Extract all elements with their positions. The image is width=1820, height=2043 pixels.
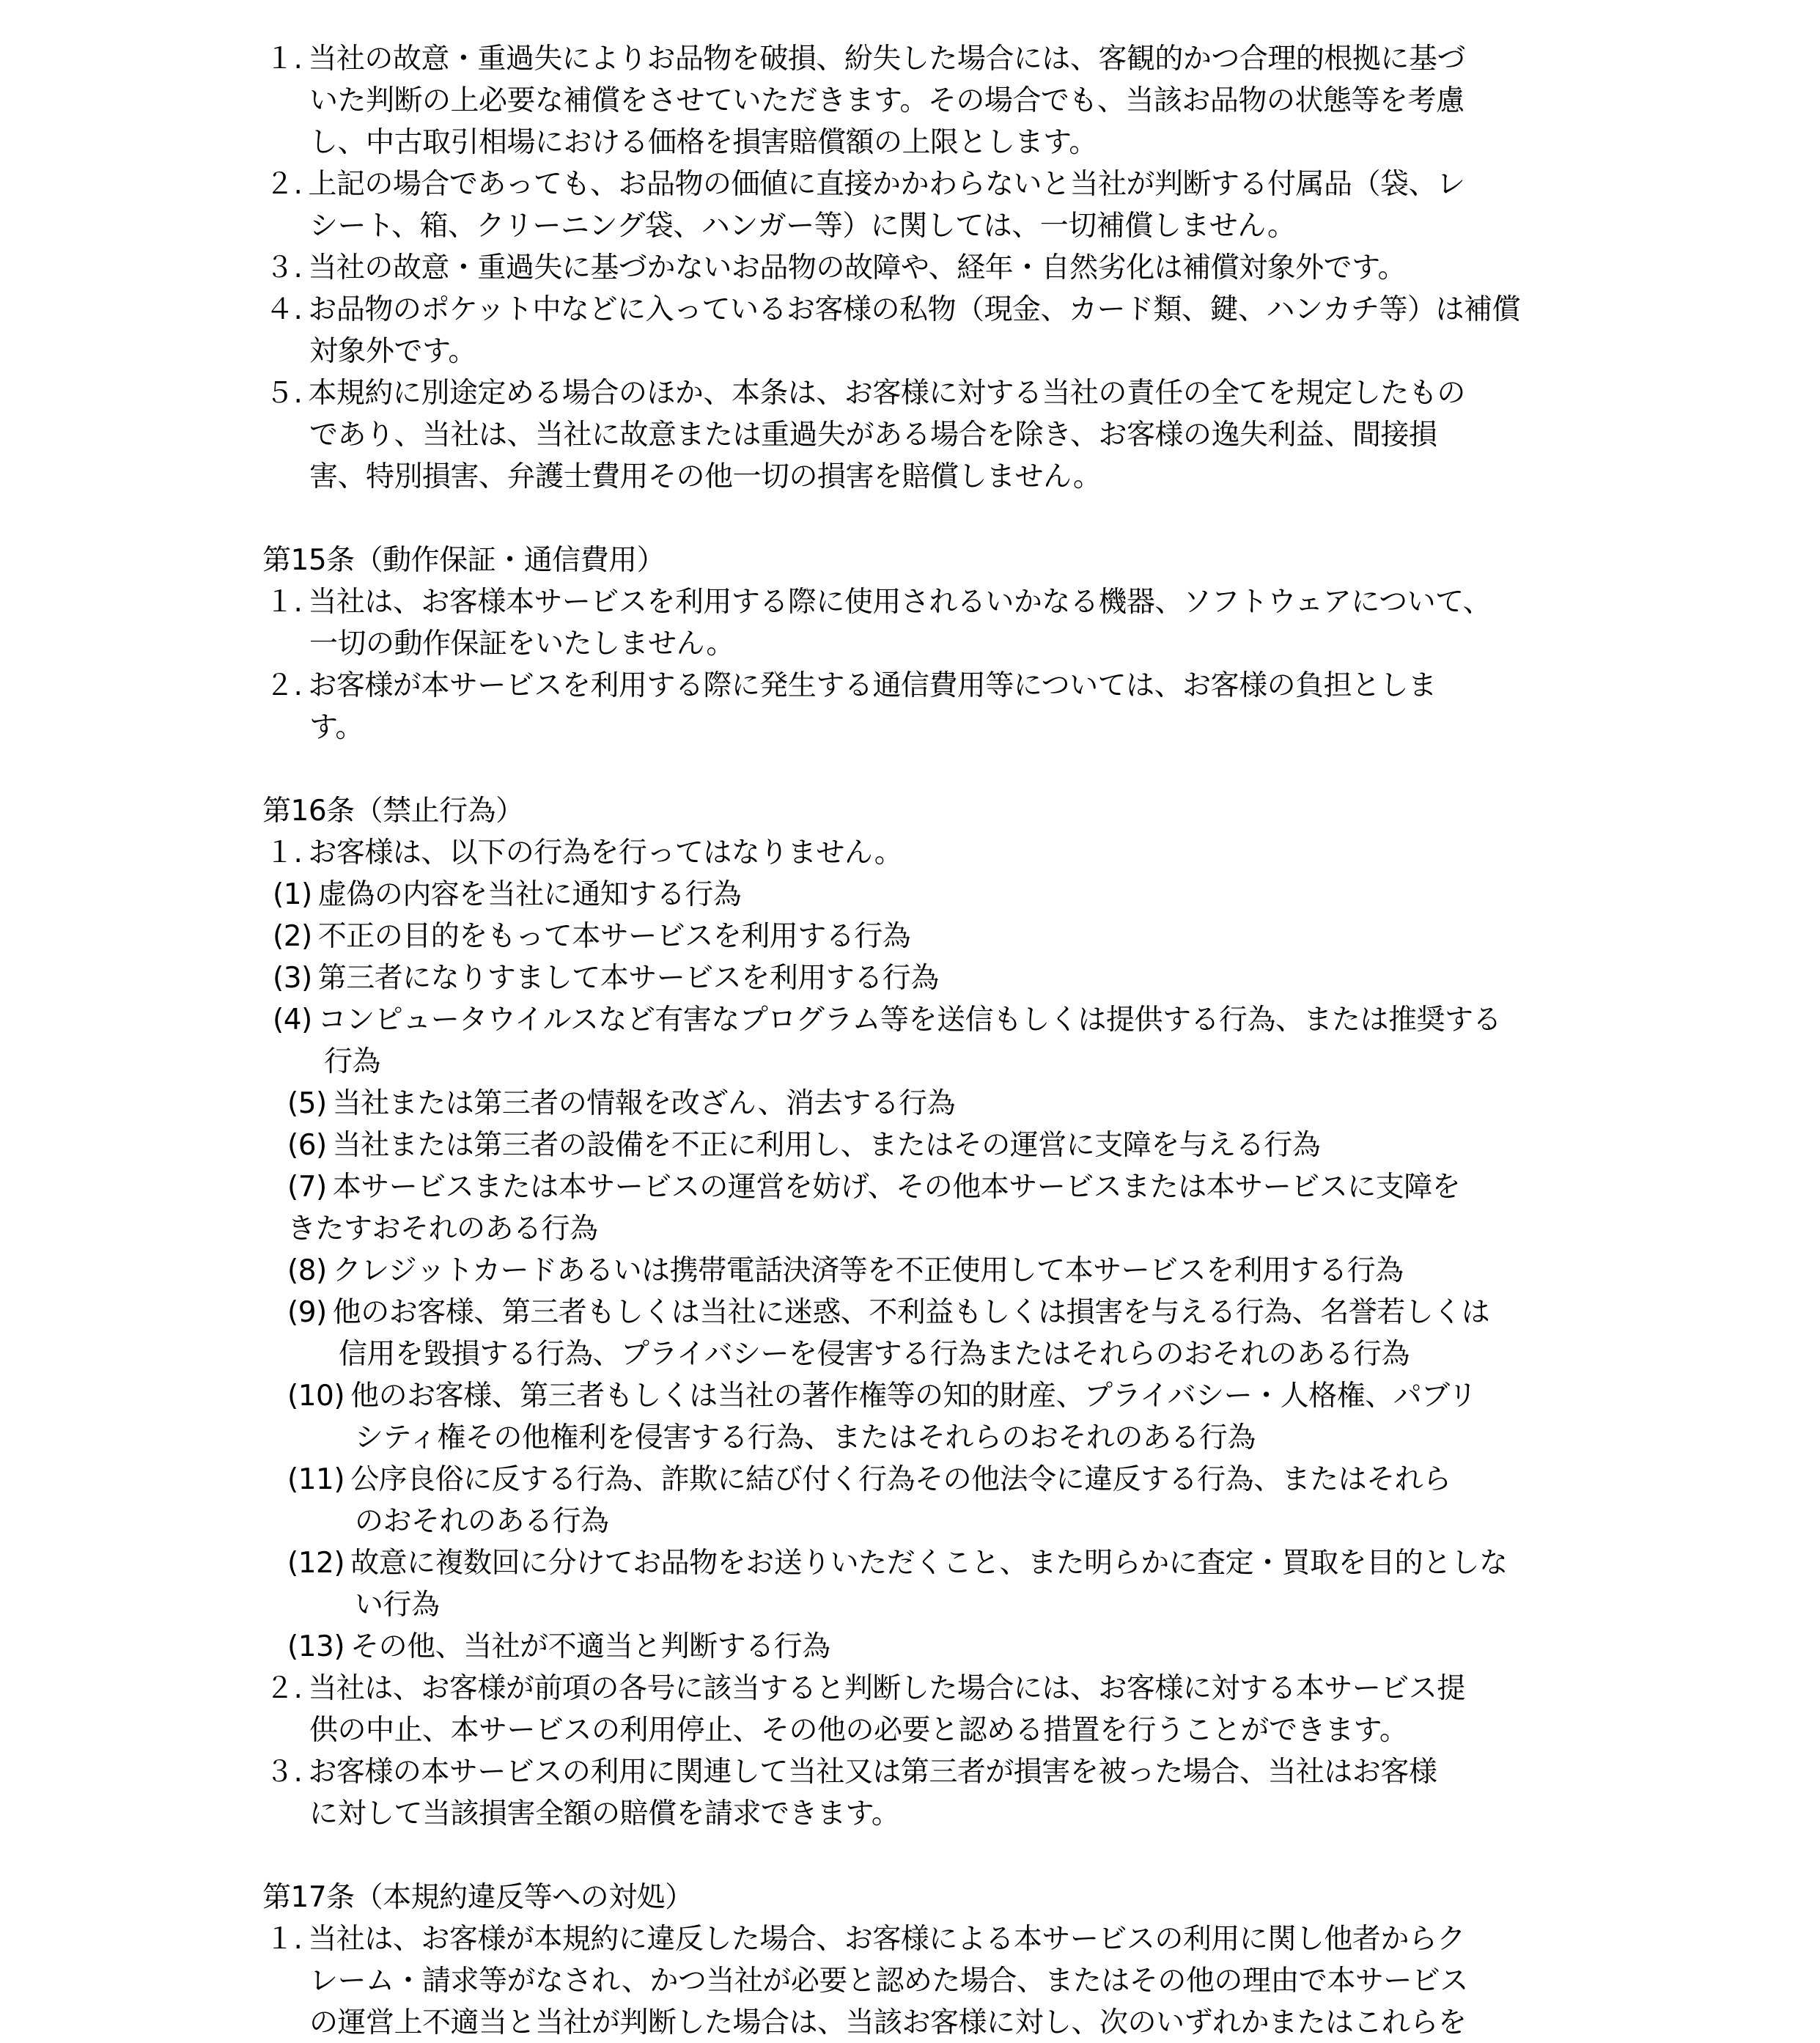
list-marker: １. (265, 835, 302, 872)
line-text: 当社は、お客様が前項の各号に該当すると判断した場合には、お客様に対する本サービス… (308, 1672, 1465, 1705)
line-text: い行為 (355, 1589, 440, 1621)
article-heading: 第17条（本規約違反等への対処） (262, 1880, 693, 1916)
list-item-continuation: レーム・請求等がなされ、かつ当社が必要と認めた場合、またはその他の理由で本サービ… (309, 1963, 1468, 2000)
line-text: 供の中止、本サービスの利用停止、その他の必要と認める措置を行うことができます。 (309, 1714, 1407, 1747)
list-item-continuation: 行為 (324, 1044, 380, 1081)
list-item: (8)クレジットカードあるいは携帯電話決済等を不正使用して本サービスを利用する行… (287, 1253, 1404, 1289)
list-marker: (5) (287, 1086, 327, 1122)
list-item: １.当社の故意・重過失によりお品物を破損、紛失した場合には、客観的かつ合理的根拠… (265, 41, 1465, 78)
line-text: いた判断の上必要な補償をさせていただきます。その場合でも、当該お品物の状態等を考… (309, 84, 1464, 117)
list-item-continuation: 対象外です。 (309, 334, 476, 370)
list-item: (13)その他、当社が不適当と判断する行為 (287, 1629, 830, 1665)
list-item: (10)他のお客様、第三者もしくは当社の著作権等の知的財産、プライバシー・人格権… (287, 1378, 1477, 1415)
list-item-continuation: い行為 (355, 1587, 440, 1624)
list-item: (6)当社または第三者の設備を不正に利用し、またはその運営に支障を与える行為 (287, 1127, 1320, 1164)
list-item: (2)不正の目的をもって本サービスを利用する行為 (273, 919, 910, 955)
article-title: 第17条（本規約違反等への対処） (262, 1881, 693, 1914)
line-text: 虚偽の内容を当社に通知する行為 (318, 878, 742, 911)
list-item-continuation: シティ権その他権利を侵害する行為、またはそれらのおそれのある行為 (355, 1420, 1256, 1457)
line-text: 行為 (324, 1045, 380, 1078)
list-marker: (11) (287, 1462, 345, 1498)
line-text: 上記の場合であっても、お品物の価値に直接かかわらないと当社が判断する付属品（袋、… (308, 168, 1465, 201)
list-marker: (10) (287, 1378, 345, 1415)
list-item-continuation: 信用を毀損する行為、プライバシーを侵害する行為またはそれらのおそれのある行為 (339, 1336, 1410, 1373)
list-item-continuation: いた判断の上必要な補償をさせていただきます。その場合でも、当該お品物の状態等を考… (309, 83, 1464, 119)
list-item: (3)第三者になりすまして本サービスを利用する行為 (273, 960, 939, 997)
line-text: 不正の目的をもって本サービスを利用する行為 (318, 920, 911, 953)
line-text: クレジットカードあるいは携帯電話決済等を不正使用して本サービスを利用する行為 (333, 1254, 1404, 1287)
list-item: ２.当社は、お客様が前項の各号に該当すると判断した場合には、お客様に対する本サー… (265, 1671, 1465, 1707)
line-text: お客様が本サービスを利用する際に発生する通信費用等については、お客様の負担としま (308, 669, 1436, 702)
list-item-continuation: であり、当社は、当社に故意または重過失がある場合を除き、お客様の逸失利益、間接損 (309, 417, 1437, 454)
list-item: １.お客様は、以下の行為を行ってはなりません。 (265, 835, 902, 872)
line-text: 当社の故意・重過失に基づかないお品物の故障や、経年・自然劣化は補償対象外です。 (308, 251, 1406, 284)
line-text: シート、箱、クリーニング袋、ハンガー等）に関しては、一切補償しません。 (309, 210, 1296, 243)
line-text: に対して当該損害全額の賠償を請求できます。 (309, 1797, 899, 1830)
list-item: ３.お客様の本サービスの利用に関連して当社又は第三者が損害を被った場合、当社はお… (265, 1754, 1437, 1791)
list-item-continuation: し、中古取引相場における価格を損害賠償額の上限とします。 (309, 125, 1097, 161)
line-text: お品物のポケット中などに入っているお客様の私物（現金、カード類、鍵、ハンカチ等）… (308, 293, 1520, 326)
list-marker: (13) (287, 1629, 345, 1665)
list-marker: (1) (273, 877, 312, 913)
list-marker: １. (265, 41, 302, 78)
line-text: 他のお客様、第三者もしくは当社の著作権等の知的財産、プライバシー・人格権、パブリ (350, 1380, 1477, 1413)
line-text: し、中古取引相場における価格を損害賠償額の上限とします。 (309, 126, 1097, 159)
list-item: １.当社は、お客様本サービスを利用する際に使用されるいかなる機器、ソフトウェアに… (265, 584, 1491, 621)
list-item-continuation: のおそれのある行為 (355, 1503, 609, 1540)
list-marker: (6) (287, 1127, 327, 1164)
line-text: 第三者になりすまして本サービスを利用する行為 (318, 962, 939, 995)
list-item-continuation: に対して当該損害全額の賠償を請求できます。 (309, 1796, 899, 1833)
list-item: (4)コンピュータウイルスなど有害なプログラム等を送信もしくは提供する行為、また… (273, 1002, 1501, 1039)
line-text: コンピュータウイルスなど有害なプログラム等を送信もしくは提供する行為、または推奨… (318, 1004, 1501, 1037)
line-text: 公序良俗に反する行為、詐欺に結び付く行為その他法令に違反する行為、またはそれら (350, 1463, 1451, 1496)
line-text: 害、特別損害、弁護士費用その他一切の損害を賠償しません。 (309, 460, 1101, 493)
line-text: 本サービスまたは本サービスの運営を妨げ、その他本サービスまたは本サービスに支障を (333, 1171, 1460, 1204)
list-marker: １. (265, 1921, 302, 1958)
list-item-continuation: す。 (309, 710, 364, 746)
line-text: 一切の動作保証をいたしません。 (309, 627, 734, 660)
line-text: シティ権その他権利を侵害する行為、またはそれらのおそれのある行為 (355, 1421, 1256, 1454)
list-marker: (9) (287, 1295, 327, 1331)
line-text: す。 (309, 711, 364, 744)
line-text: 当社の故意・重過失によりお品物を破損、紛失した場合には、客観的かつ合理的根拠に基… (308, 43, 1465, 76)
list-item: ５.本規約に別途定める場合のほか、本条は、お客様に対する当社の責任の全てを規定し… (265, 375, 1465, 412)
document-page: １.当社の故意・重過失によりお品物を破損、紛失した場合には、客観的かつ合理的根拠… (0, 0, 1820, 2043)
line-text: 当社は、お客様本サービスを利用する際に使用されるいかなる機器、ソフトウェアについ… (308, 586, 1491, 619)
list-item: (11)公序良俗に反する行為、詐欺に結び付く行為その他法令に違反する行為、または… (287, 1462, 1451, 1498)
line-text: 当社または第三者の情報を改ざん、消去する行為 (333, 1087, 955, 1120)
list-marker: (8) (287, 1253, 327, 1289)
list-item-continuation: 供の中止、本サービスの利用停止、その他の必要と認める措置を行うことができます。 (309, 1712, 1407, 1749)
list-marker: ２. (265, 1671, 302, 1707)
line-text: の運営上不適当と当社が判断した場合は、当該お客様に対し、次のいずれかまたはこれら… (309, 2006, 1467, 2039)
line-text: きたすおそれのある行為 (287, 1212, 598, 1245)
list-marker: ２. (265, 166, 302, 203)
list-marker: １. (265, 584, 302, 621)
line-text: レーム・請求等がなされ、かつ当社が必要と認めた場合、またはその他の理由で本サービ… (309, 1965, 1468, 1998)
list-item-continuation: シート、箱、クリーニング袋、ハンガー等）に関しては、一切補償しません。 (309, 208, 1296, 245)
line-text: その他、当社が不適当と判断する行為 (350, 1630, 830, 1663)
list-item-continuation: きたすおそれのある行為 (287, 1211, 598, 1248)
article-heading: 第15条（動作保証・通信費用） (262, 542, 665, 579)
list-item: (5)当社または第三者の情報を改ざん、消去する行為 (287, 1086, 955, 1122)
list-item: ２.お客様が本サービスを利用する際に発生する通信費用等については、お客様の負担と… (265, 668, 1437, 704)
list-marker: ３. (265, 1754, 302, 1791)
list-marker: ２. (265, 668, 302, 704)
list-marker: ５. (265, 375, 302, 412)
line-text: のおそれのある行為 (355, 1505, 609, 1538)
line-text: お客様の本サービスの利用に関連して当社又は第三者が損害を被った場合、当社はお客様 (308, 1756, 1437, 1789)
list-item-continuation: 一切の動作保証をいたしません。 (309, 626, 734, 663)
line-text: であり、当社は、当社に故意または重過失がある場合を除き、お客様の逸失利益、間接損 (309, 419, 1437, 452)
list-item: (1)虚偽の内容を当社に通知する行為 (273, 877, 741, 913)
list-item: １.当社は、お客様が本規約に違反した場合、お客様による本サービスの利用に関し他者… (265, 1921, 1465, 1958)
list-item-continuation: の運営上不適当と当社が判断した場合は、当該お客様に対し、次のいずれかまたはこれら… (309, 2005, 1467, 2042)
line-text: 対象外です。 (309, 335, 476, 368)
line-text: 当社は、お客様が本規約に違反した場合、お客様による本サービスの利用に関し他者から… (308, 1923, 1465, 1956)
article-title: 第16条（禁止行為） (262, 795, 524, 828)
line-text: 他のお客様、第三者もしくは当社に迷惑、不利益もしくは損害を与える行為、名誉若しく… (333, 1296, 1490, 1329)
list-marker: (2) (273, 919, 312, 955)
article-title: 第15条（動作保証・通信費用） (262, 544, 665, 577)
list-item: ３.当社の故意・重過失に基づかないお品物の故障や、経年・自然劣化は補償対象外です… (265, 250, 1406, 287)
line-text: 本規約に別途定める場合のほか、本条は、お客様に対する当社の責任の全てを規定したも… (308, 377, 1465, 410)
list-item: ４.お品物のポケット中などに入っているお客様の私物（現金、カード類、鍵、ハンカチ… (265, 292, 1520, 328)
list-item-continuation: 害、特別損害、弁護士費用その他一切の損害を賠償しません。 (309, 459, 1101, 496)
line-text: 故意に複数回に分けてお品物をお送りいただくこと、また明らかに査定・買取を目的とし… (350, 1547, 1508, 1580)
list-item: (9)他のお客様、第三者もしくは当社に迷惑、不利益もしくは損害を与える行為、名誉… (287, 1295, 1489, 1331)
list-marker: (12) (287, 1545, 345, 1582)
list-marker: (7) (287, 1169, 327, 1206)
list-marker: (3) (273, 960, 312, 997)
line-text: お客様は、以下の行為を行ってはなりません。 (308, 836, 902, 869)
list-item: ２.上記の場合であっても、お品物の価値に直接かかわらないと当社が判断する付属品（… (265, 166, 1465, 203)
article-heading: 第16条（禁止行為） (262, 793, 524, 830)
list-marker: (4) (273, 1002, 312, 1039)
list-marker: ４. (265, 292, 302, 328)
line-text: 当社または第三者の設備を不正に利用し、またはその運営に支障を与える行為 (333, 1129, 1321, 1162)
list-item: (7)本サービスまたは本サービスの運営を妨げ、その他本サービスまたは本サービスに… (287, 1169, 1460, 1206)
list-marker: ３. (265, 250, 302, 287)
list-item: (12)故意に複数回に分けてお品物をお送りいただくこと、また明らかに査定・買取を… (287, 1545, 1508, 1582)
line-text: 信用を毀損する行為、プライバシーを侵害する行為またはそれらのおそれのある行為 (339, 1338, 1410, 1371)
